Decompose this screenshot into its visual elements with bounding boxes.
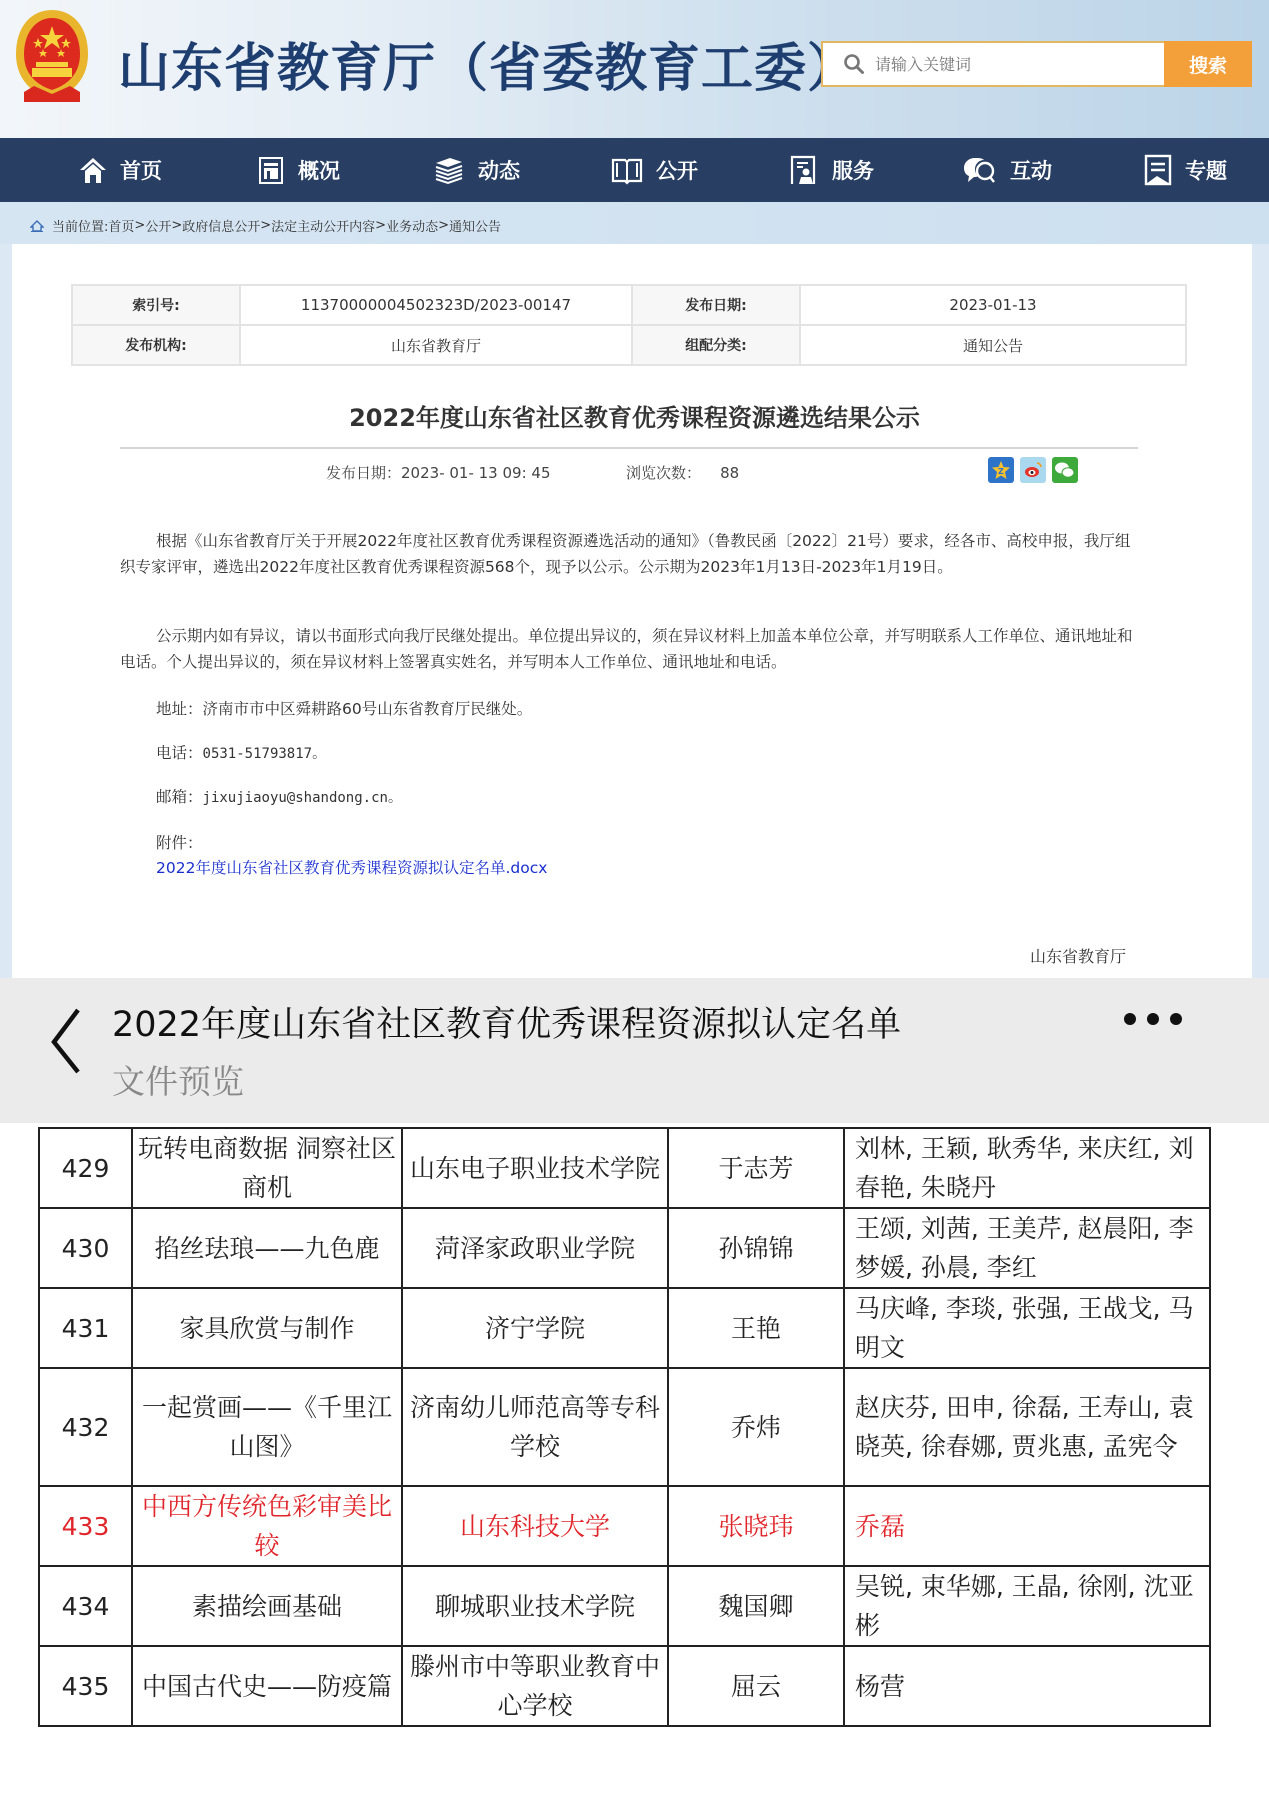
table-row: 431 家具欣赏与制作 济宁学院 王艳 马庆峰, 李琰, 张强, 王战戈, 马明… <box>39 1288 1210 1368</box>
table-row: 429 玩转电商数据 洞察社区商机 山东电子职业技术学院 于志芳 刘林, 王颖,… <box>39 1128 1210 1208</box>
main-nav: 首页 概况 动态 公开 服务 <box>0 138 1269 202</box>
share-buttons: Z <box>988 457 1078 483</box>
nav-item-home[interactable]: 首页 <box>78 138 162 202</box>
breadcrumb-item-statutory[interactable]: 法定主动公开内容 <box>271 216 375 235</box>
attachment-link[interactable]: 2022年度山东省社区教育优秀课程资源拟认定名单.docx <box>156 859 547 877</box>
breadcrumb-item-home[interactable]: 首页 <box>108 216 134 235</box>
weibo-icon[interactable] <box>1020 457 1046 483</box>
table-row: 432 一起赏画——《千里江山图》 济南幼儿师范高等专科学校 乔炜 赵庆芬, 田… <box>39 1368 1210 1486</box>
national-emblem-icon <box>10 6 94 106</box>
date-value: 2023-01-13 <box>800 285 1186 325</box>
nav-label: 互动 <box>1010 155 1052 185</box>
site-title: 山东省教育厅（省委教育工委） <box>118 26 860 101</box>
index-label: 索引号: <box>72 285 240 325</box>
topic-icon <box>1143 154 1173 186</box>
breadcrumb-item-notice[interactable]: 通知公告 <box>449 216 501 235</box>
category-value: 通知公告 <box>800 325 1186 365</box>
nav-item-interact[interactable]: 互动 <box>962 138 1052 202</box>
nav-item-news[interactable]: 动态 <box>432 138 520 202</box>
table-row-highlighted: 433 中西方传统色彩审美比较 山东科技大学 张晓玮 乔磊 <box>39 1486 1210 1566</box>
search-button[interactable]: 搜索 <box>1164 41 1252 87</box>
email-line: 邮箱：jixujiaoyu@shandong.cn。 <box>120 784 1140 811</box>
nav-label: 首页 <box>120 155 162 185</box>
org-label: 发布机构: <box>72 325 240 365</box>
breadcrumb-item-gov-info[interactable]: 政府信息公开 <box>182 216 260 235</box>
nav-item-service[interactable]: 服务 <box>788 138 874 202</box>
nav-label: 专题 <box>1185 155 1227 185</box>
title-divider <box>120 447 1138 449</box>
service-icon <box>788 154 820 186</box>
svg-text:Z: Z <box>998 467 1004 476</box>
email-address: jixujiaoyu@shandong.cn。 <box>203 790 402 806</box>
chat-icon <box>962 155 998 185</box>
breadcrumb-item-business[interactable]: 业务动态 <box>386 216 438 235</box>
signature: 山东省教育厅 <box>1030 944 1126 967</box>
phone-number: 0531-51793817。 <box>203 746 327 762</box>
back-chevron-icon[interactable] <box>46 1006 86 1076</box>
wechat-icon[interactable] <box>1052 457 1078 483</box>
index-value: 11370000004502323D/2023-00147 <box>240 285 632 325</box>
nav-label: 服务 <box>832 155 874 185</box>
breadcrumb-strip: 当前位置: 首页> 公开> 政府信息公开> 法定主动公开内容> 业务动态> 通知… <box>0 202 1269 244</box>
breadcrumb-item-open[interactable]: 公开 <box>145 216 171 235</box>
search-input[interactable] <box>875 55 1135 74</box>
qzone-icon[interactable]: Z <box>988 457 1014 483</box>
search-icon <box>843 53 865 75</box>
article-title: 2022年度山东省社区教育优秀课程资源遴选结果公示 <box>0 398 1269 433</box>
breadcrumb-prefix: 当前位置: <box>52 216 108 235</box>
table-row: 435 中国古代史——防疫篇 滕州市中等职业教育中心学校 屈云 杨营 <box>39 1646 1210 1726</box>
preview-title: 2022年度山东省社区教育优秀课程资源拟认定名单 <box>112 997 901 1047</box>
paragraph-objection: 公示期内如有异议，请以书面形式向我厅民继处提出。单位提出异议的，须在异议材料上加… <box>120 623 1140 675</box>
date-label: 发布日期: <box>632 285 800 325</box>
document-info-table: 索引号: 11370000004502323D/2023-00147 发布日期:… <box>71 284 1187 366</box>
search-box[interactable] <box>821 41 1164 87</box>
more-options-icon[interactable] <box>1124 1013 1182 1025</box>
nav-item-topic[interactable]: 专题 <box>1143 138 1227 202</box>
nav-label: 概况 <box>298 155 340 185</box>
recognition-list-table: 429 玩转电商数据 洞察社区商机 山东电子职业技术学院 于志芳 刘林, 王颖,… <box>38 1127 1211 1727</box>
open-book-icon <box>610 155 644 185</box>
publish-date: 发布日期：2023- 01- 13 09: 45 <box>326 462 626 483</box>
table-row: 434 素描绘画基础 聊城职业技术学院 魏国卿 吴锐, 束华娜, 王晶, 徐刚,… <box>39 1566 1210 1646</box>
location-home-icon <box>30 220 44 232</box>
attachment-line: 2022年度山东省社区教育优秀课程资源拟认定名单.docx <box>120 855 1140 881</box>
article-meta: 发布日期：2023- 01- 13 09: 45 浏览次数： 88 <box>326 462 739 483</box>
overview-icon <box>258 155 286 185</box>
preview-subtitle: 文件预览 <box>112 1056 244 1103</box>
attachment-label: 附件： <box>120 830 1140 856</box>
phone-line: 电话：0531-51793817。 <box>120 740 1140 767</box>
nav-label: 公开 <box>656 155 698 185</box>
home-icon <box>78 155 108 185</box>
books-icon <box>432 155 466 185</box>
nav-item-open[interactable]: 公开 <box>610 138 698 202</box>
address-line: 地址：济南市市中区舜耕路60号山东省教育厅民继处。 <box>120 696 1140 722</box>
site-header: 山东省教育厅（省委教育工委） 搜索 <box>0 0 1269 138</box>
paragraph-requirement: 根据《山东省教育厅关于开展2022年度社区教育优秀课程资源遴选活动的通知》（鲁教… <box>120 528 1140 580</box>
category-label: 组配分类: <box>632 325 800 365</box>
nav-item-overview[interactable]: 概况 <box>258 138 340 202</box>
breadcrumb: 当前位置: 首页> 公开> 政府信息公开> 法定主动公开内容> 业务动态> 通知… <box>30 216 501 235</box>
table-row: 430 掐丝珐琅——九色鹿 菏泽家政职业学院 孙锦锦 王颂, 刘茜, 王美芹, … <box>39 1208 1210 1288</box>
org-value: 山东省教育厅 <box>240 325 632 365</box>
view-count: 浏览次数： 88 <box>626 462 739 483</box>
nav-label: 动态 <box>478 155 520 185</box>
